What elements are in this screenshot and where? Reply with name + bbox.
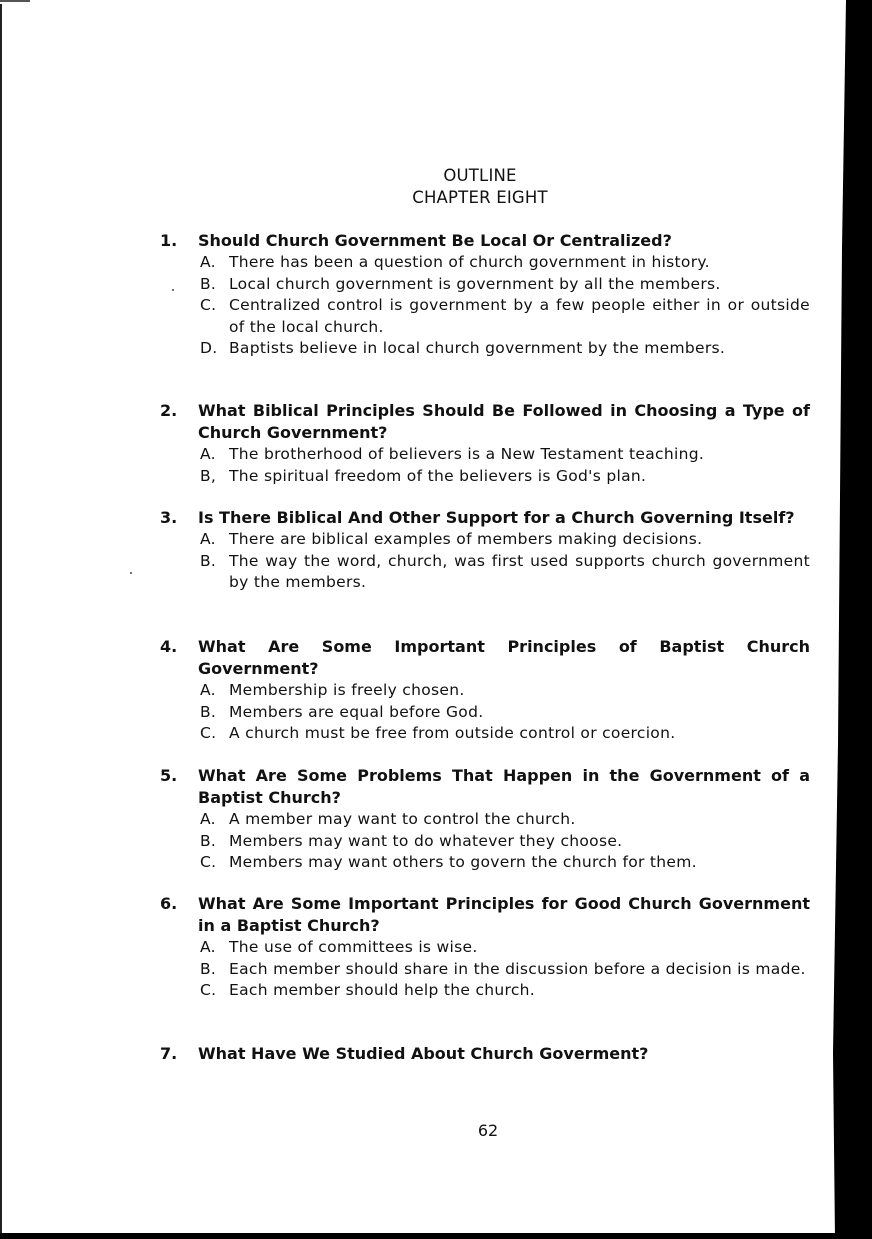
section-number: 1. (160, 230, 177, 252)
question-text: What Are Some Important Principles of Ba… (198, 637, 810, 678)
section-number: 4. (160, 636, 177, 658)
section-question: 2. What Biblical Principles Should Be Fo… (160, 400, 810, 444)
item-label: D. (200, 338, 217, 360)
section-question: 5. What Are Some Problems That Happen in… (160, 765, 810, 809)
outline-section-4: 4. What Are Some Important Principles of… (160, 636, 810, 745)
page-number: 62 (0, 1121, 872, 1140)
outline-item: A.There has been a question of church go… (160, 252, 810, 274)
question-text: What Are Some Problems That Happen in th… (198, 766, 810, 807)
item-label: B. (200, 831, 216, 853)
outline-section-1: 1. Should Church Government Be Local Or … (160, 230, 810, 360)
section-number: 2. (160, 400, 177, 422)
item-text: The brotherhood of believers is a New Te… (229, 445, 704, 463)
outline-item: C.A church must be free from outside con… (160, 723, 810, 745)
outline-item: B.Members are equal before God. (160, 702, 810, 724)
outline-item: A.A member may want to control the churc… (160, 809, 810, 831)
item-label: B. (200, 551, 216, 573)
section-number: 3. (160, 507, 177, 529)
outline-heading: OUTLINE (0, 166, 872, 185)
outline-section-2: 2. What Biblical Principles Should Be Fo… (160, 400, 810, 487)
item-text: Members are equal before God. (229, 703, 483, 721)
scan-speck (130, 572, 132, 574)
question-text: What Are Some Important Principles for G… (198, 894, 810, 935)
outline-section-6: 6. What Are Some Important Principles fo… (160, 893, 810, 1002)
item-label: C. (200, 723, 216, 745)
outline-item: D.Baptists believe in local church gover… (160, 338, 810, 360)
item-text: Each member should help the church. (229, 981, 535, 999)
item-text: The spiritual freedom of the believers i… (229, 467, 646, 485)
outline-item: B,The spiritual freedom of the believers… (160, 466, 810, 488)
outline-item: C.Centralized control is government by a… (160, 295, 810, 338)
scan-top-edge (0, 0, 30, 2)
section-question: 1. Should Church Government Be Local Or … (160, 230, 810, 252)
outline-item: B.The way the word, church, was first us… (160, 551, 810, 594)
item-text: There has been a question of church gove… (229, 253, 710, 271)
item-text: Members may want to do whatever they cho… (229, 832, 622, 850)
chapter-heading: CHAPTER EIGHT (0, 188, 872, 207)
item-text: Local church government is government by… (229, 275, 721, 293)
item-label: C. (200, 295, 216, 317)
item-label: B. (200, 274, 216, 296)
item-label: A. (200, 529, 216, 551)
item-label: C. (200, 980, 216, 1002)
item-text: A church must be free from outside contr… (229, 724, 675, 742)
outline-section-3: 3. Is There Biblical And Other Support f… (160, 507, 810, 594)
item-text: Centralized control is government by a f… (229, 296, 810, 336)
item-label: B. (200, 702, 216, 724)
question-text: What Biblical Principles Should Be Follo… (198, 401, 810, 442)
section-number: 5. (160, 765, 177, 787)
item-text: Members may want others to govern the ch… (229, 853, 697, 871)
item-label: A. (200, 444, 216, 466)
section-question: 3. Is There Biblical And Other Support f… (160, 507, 810, 529)
item-text: The use of committees is wise. (229, 938, 478, 956)
section-number: 6. (160, 893, 177, 915)
outline-item: A.There are biblical examples of members… (160, 529, 810, 551)
outline-section-7: 7. What Have We Studied About Church Gov… (160, 1043, 810, 1065)
section-question: 6. What Are Some Important Principles fo… (160, 893, 810, 937)
section-number: 7. (160, 1043, 177, 1065)
section-question: 4. What Are Some Important Principles of… (160, 636, 810, 680)
item-label: A. (200, 680, 216, 702)
item-text: There are biblical examples of members m… (229, 530, 702, 548)
item-text: Membership is freely chosen. (229, 681, 465, 699)
outline-item: C.Members may want others to govern the … (160, 852, 810, 874)
question-text: What Have We Studied About Church Goverm… (198, 1044, 648, 1063)
outline-item: B.Local church government is government … (160, 274, 810, 296)
scan-bottom-border (0, 1233, 872, 1239)
outline-item: A.Membership is freely chosen. (160, 680, 810, 702)
item-label: B. (200, 959, 216, 981)
outline-item: B.Members may want to do whatever they c… (160, 831, 810, 853)
outline-item: A.The brotherhood of believers is a New … (160, 444, 810, 466)
item-label: A. (200, 809, 216, 831)
question-text: Should Church Government Be Local Or Cen… (198, 231, 672, 250)
outline-item: B.Each member should share in the discus… (160, 959, 810, 981)
section-question: 7. What Have We Studied About Church Gov… (160, 1043, 810, 1065)
scan-right-border (828, 0, 872, 1239)
item-text: Baptists believe in local church governm… (229, 339, 725, 357)
item-text: Each member should share in the discussi… (229, 960, 806, 978)
item-label: B, (200, 466, 216, 488)
item-label: A. (200, 252, 216, 274)
outline-item: C.Each member should help the church. (160, 980, 810, 1002)
item-label: C. (200, 852, 216, 874)
outline-item: A.The use of committees is wise. (160, 937, 810, 959)
item-text: The way the word, church, was first used… (229, 552, 810, 592)
item-text: A member may want to control the church. (229, 810, 576, 828)
outline-section-5: 5. What Are Some Problems That Happen in… (160, 765, 810, 874)
question-text: Is There Biblical And Other Support for … (198, 508, 795, 527)
item-label: A. (200, 937, 216, 959)
